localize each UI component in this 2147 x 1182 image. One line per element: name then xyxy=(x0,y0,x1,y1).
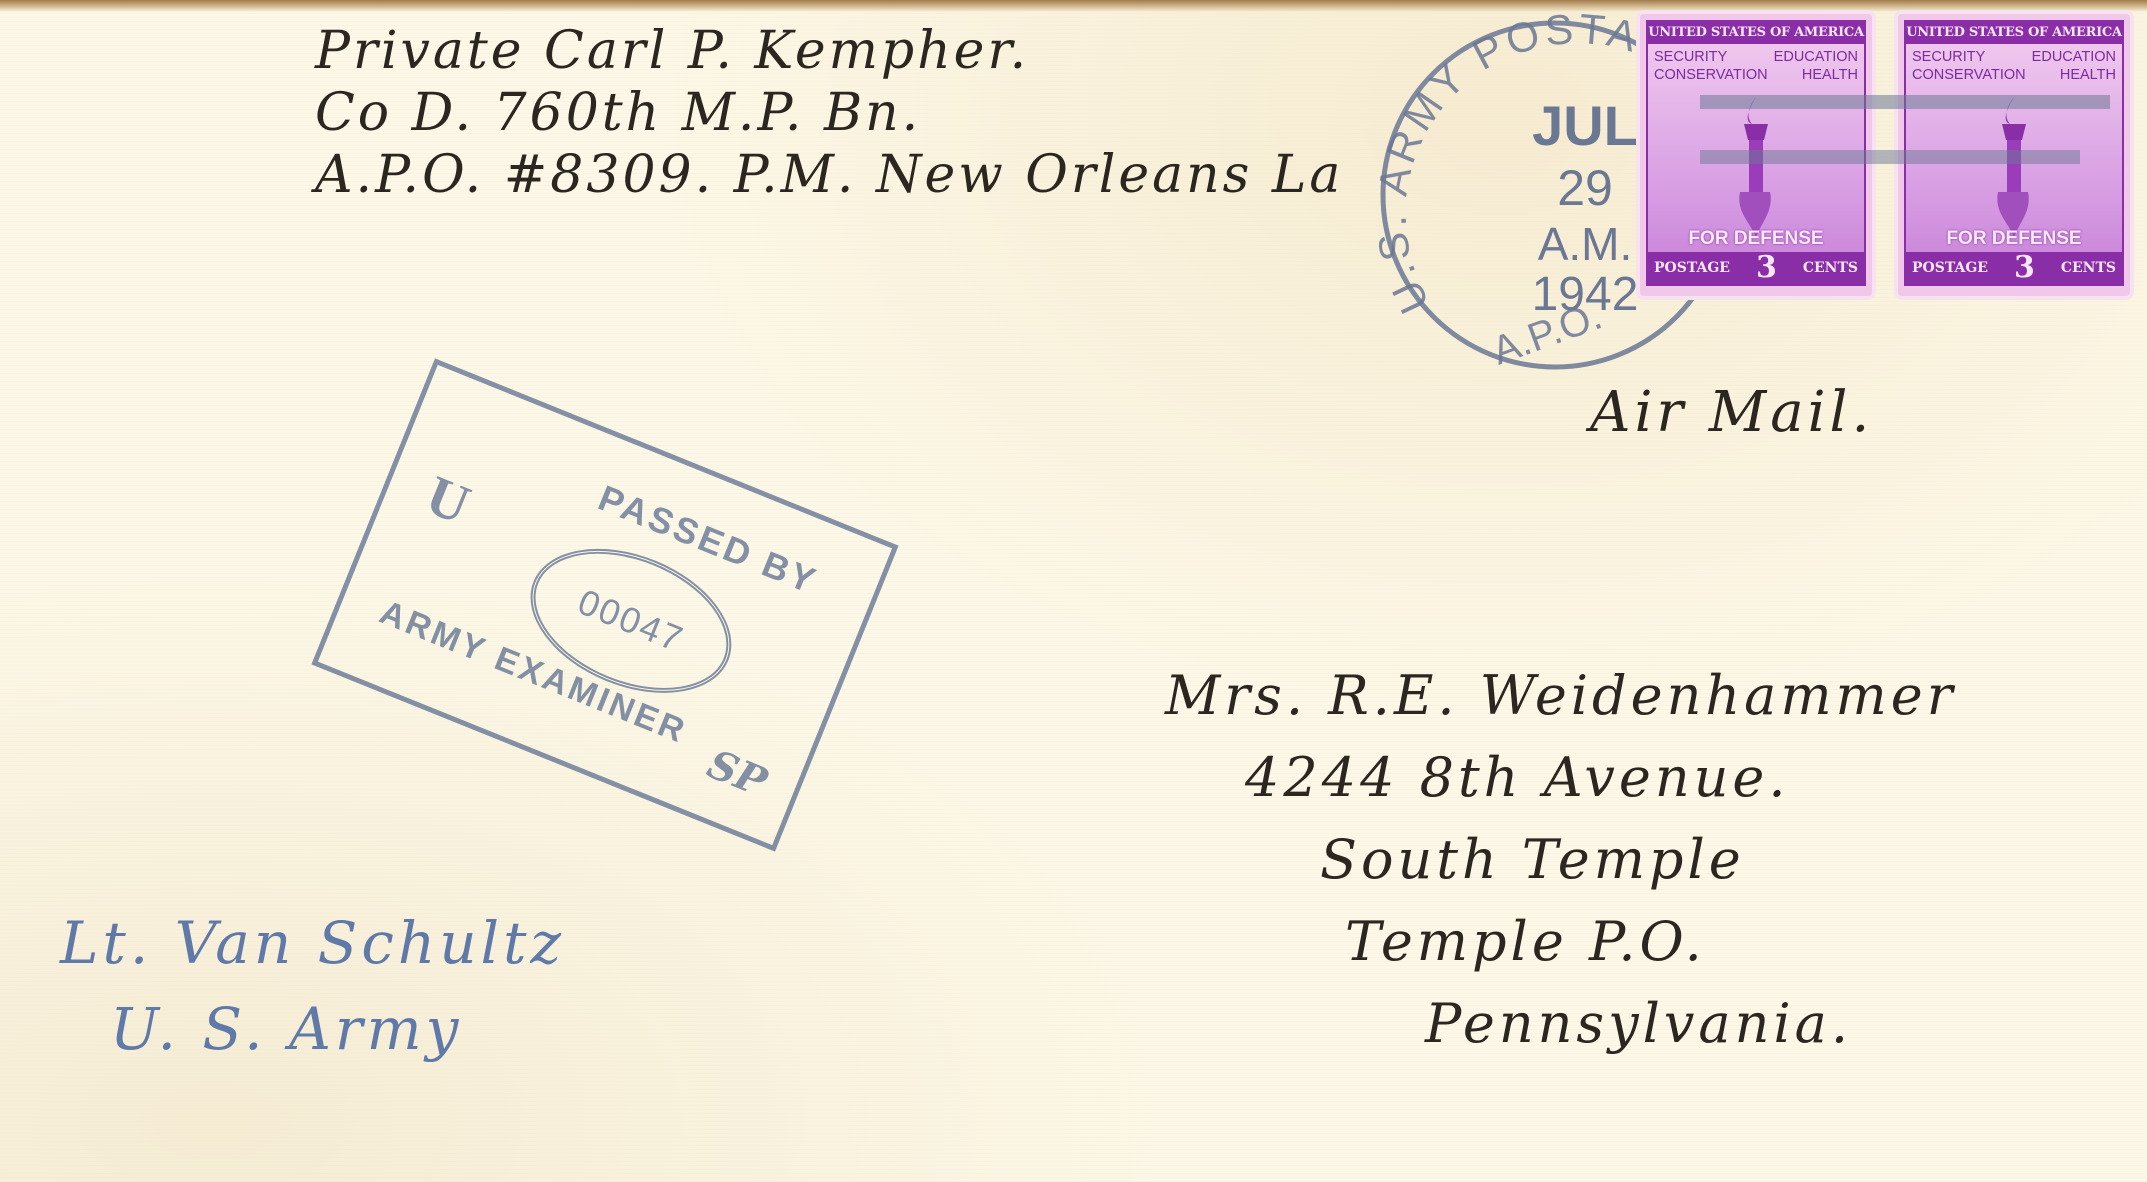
cancellation-bars-icon xyxy=(1700,90,2120,180)
stamp-postage-label: POSTAGE xyxy=(1654,260,1730,276)
censor-letter: U xyxy=(417,463,478,537)
stamp-theme: EDUCATION xyxy=(1774,48,1858,66)
postmark-time: A.M. xyxy=(1538,218,1633,270)
stamp-theme: CONSERVATION xyxy=(1654,66,1768,84)
stamp-unit: CENTS xyxy=(1803,260,1858,276)
signature-line: Lt. Van Schultz xyxy=(60,900,565,986)
stamp-theme: EDUCATION xyxy=(2032,48,2116,66)
postmark-day: 29 xyxy=(1557,160,1613,216)
censor-monogram: SP xyxy=(701,740,773,806)
air-mail-note: Air Mail. xyxy=(1590,380,1873,445)
recipient-line: Mrs. R.E. Weidenhammer xyxy=(1165,655,1957,737)
postmark-year: 1942 xyxy=(1532,268,1639,321)
stamp-value: 3 xyxy=(2014,253,2035,283)
recipient-line: Pennsylvania. xyxy=(1425,983,1957,1065)
censor-signature: Lt. Van Schultz U. S. Army xyxy=(60,900,565,1072)
stamp-theme: SECURITY xyxy=(1912,48,1985,66)
censor-number: 00047 xyxy=(572,581,690,661)
stamp-theme: SECURITY xyxy=(1654,48,1727,66)
return-address-line: Private Carl P. Kempher. xyxy=(315,20,1343,82)
stamp-unit: CENTS xyxy=(2061,260,2116,276)
stamp-theme: HEALTH xyxy=(2060,66,2116,84)
stamp-value-bar: POSTAGE 3 CENTS xyxy=(1906,252,2122,284)
stamp-theme: HEALTH xyxy=(1802,66,1858,84)
return-address-line: Co D. 760th M.P. Bn. xyxy=(315,82,1343,144)
recipient-line: 4244 8th Avenue. xyxy=(1245,737,1957,819)
stamp-country: UNITED STATES OF AMERICA xyxy=(1906,22,2122,44)
recipient-line: Temple P.O. xyxy=(1345,901,1957,983)
return-address: Private Carl P. Kempher. Co D. 760th M.P… xyxy=(315,20,1343,206)
stamp-postage-label: POSTAGE xyxy=(1912,260,1988,276)
stamp-slogan: FOR DEFENSE xyxy=(1906,228,2122,250)
stamp-value-bar: POSTAGE 3 CENTS xyxy=(1648,252,1864,284)
stamp-themes: SECURITYEDUCATION CONSERVATIONHEALTH xyxy=(1912,48,2116,84)
signature-line: U. S. Army xyxy=(110,986,565,1072)
recipient-line: South Temple xyxy=(1320,819,1957,901)
recipient-address: Mrs. R.E. Weidenhammer 4244 8th Avenue. … xyxy=(1165,655,1957,1065)
return-address-line: A.P.O. #8309. P.M. New Orleans La xyxy=(315,144,1343,206)
stamp-themes: SECURITYEDUCATION CONSERVATIONHEALTH xyxy=(1654,48,1858,84)
stamp-theme: CONSERVATION xyxy=(1912,66,2026,84)
torn-top-edge xyxy=(0,0,2147,12)
stamp-country: UNITED STATES OF AMERICA xyxy=(1648,22,1864,44)
postmark-month: JUL xyxy=(1532,94,1638,157)
stamp-value: 3 xyxy=(1756,253,1777,283)
stamp-slogan: FOR DEFENSE xyxy=(1648,228,1864,250)
